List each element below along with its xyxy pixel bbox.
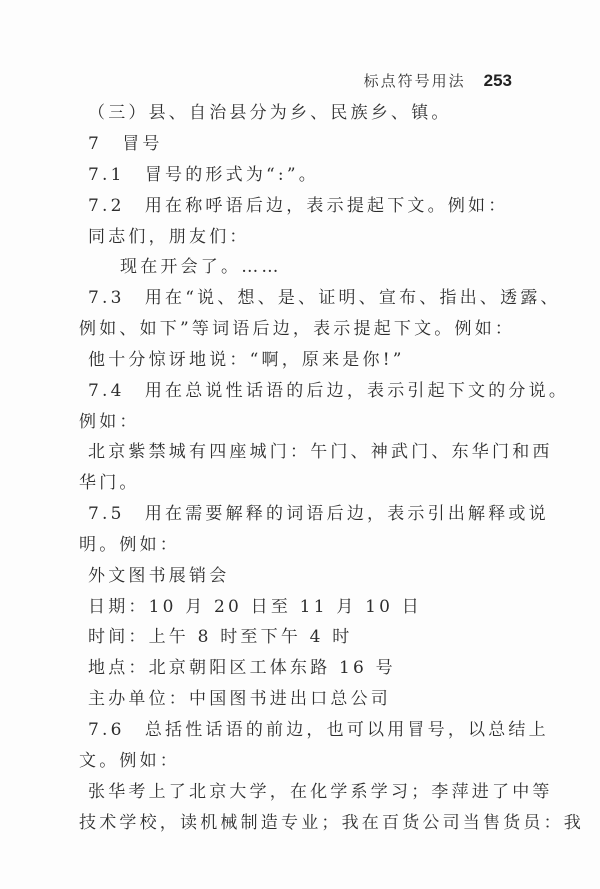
rule-7-6: 7.6 总括性话语的前边，也可以用冒号，以总结上	[88, 719, 549, 741]
rule-7-5: 7.5 用在需要解释的词语后边，表示引出解释或说	[88, 503, 549, 525]
example-line: 张华考上了北京大学，在化学系学习；李萍进了中等	[88, 781, 553, 803]
rule-7-4: 7.4 用在总说性话语的后边，表示引起下文的分说。	[88, 380, 569, 402]
rule-7-4-cont: 例如：	[79, 411, 140, 433]
example-line: 现在开会了。……	[120, 256, 282, 278]
rule-7-5-cont: 明。例如：	[79, 534, 180, 556]
page-number: 253	[484, 71, 512, 91]
rule-7-2: 7.2 用在称呼语后边，表示提起下文。例如：	[88, 195, 508, 217]
rule-7-1: 7.1 冒号的形式为“:”。	[88, 164, 319, 186]
example-line-cont: 技术学校，读机械制造专业；我在百货公司当售货员：我	[79, 812, 584, 834]
rule-7-3-cont: 例如、如下”等词语后边，表示提起下文。例如：	[79, 318, 515, 340]
rule-7-6-cont: 文。例如：	[79, 750, 180, 772]
example-line: 地点：北京朝阳区工体东路 16 号	[88, 657, 396, 679]
example-line: 主办单位：中国图书进出口总公司	[88, 688, 391, 710]
example-line: 外文图书展销会	[88, 565, 229, 587]
running-title: 标点符号用法	[364, 70, 466, 91]
text-line: （三）县、自治县分为乡、民族乡、镇。	[88, 102, 452, 124]
section-heading-colon: 7 冒号	[88, 133, 163, 155]
example-line: 北京紫禁城有四座城门：午门、神武门、东华门和西	[88, 441, 553, 463]
running-head: 标点符号用法 253	[364, 70, 512, 91]
example-line: 同志们，朋友们：	[88, 226, 250, 248]
example-line: 他十分惊讶地说：“啊，原来是你!”	[88, 349, 405, 371]
example-line: 日期：10 月 20 日至 11 月 10 日	[88, 596, 422, 618]
rule-7-3: 7.3 用在“说、想、是、证明、宣布、指出、透露、	[88, 287, 561, 309]
example-line: 时间：上午 8 时至下午 4 时	[88, 626, 352, 648]
book-page: 标点符号用法 253 （三）县、自治县分为乡、民族乡、镇。 7 冒号 7.1 冒…	[0, 0, 600, 889]
example-line-cont: 华门。	[79, 472, 140, 494]
